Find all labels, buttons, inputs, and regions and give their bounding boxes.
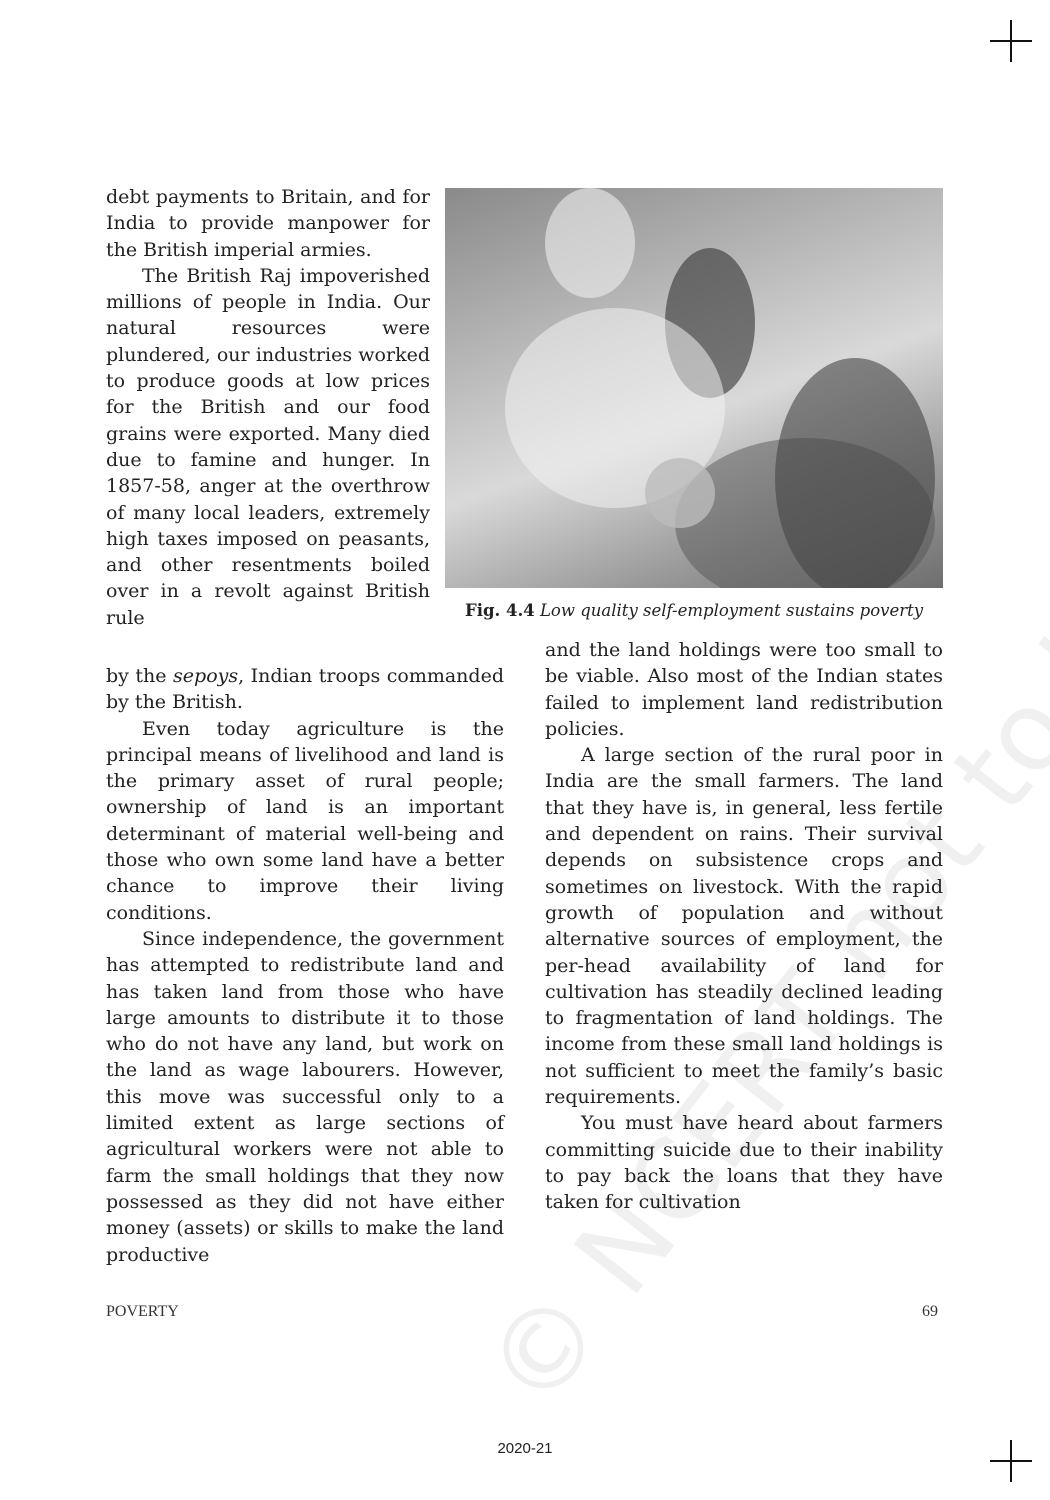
right-column: and the land holdings were too small to … [545,637,943,1216]
paragraph: Since independence, the government has a… [106,926,504,1268]
paragraph: and the land holdings were too small to … [545,637,943,742]
paragraph: You must have heard about farmers commit… [545,1110,943,1215]
running-footer-section: POVERTY [106,1303,179,1321]
figure-caption-text: Low quality self-employment sustains pov… [540,601,923,620]
paragraph: A large section of the rural poor in Ind… [545,742,943,1110]
paragraph: Even today agriculture is the principal … [106,716,504,926]
paragraph: The British Raj impoverished millions of… [106,263,430,631]
edition-year: 2020-21 [0,1440,1050,1457]
paragraph-continuation: by the sepoys, Indian troops commanded b… [106,663,504,716]
page-number: 69 [922,1303,938,1321]
figure-photo [445,188,943,588]
figure-label: Fig. 4.4 [465,601,535,620]
left-column-bottom: by the sepoys, Indian troops commanded b… [106,663,504,1268]
left-column-top: debt payments to Britain, and for India … [106,184,430,631]
figure-caption: Fig. 4.4 Low quality self-employment sus… [465,601,923,620]
paragraph: debt payments to Britain, and for India … [106,184,430,263]
